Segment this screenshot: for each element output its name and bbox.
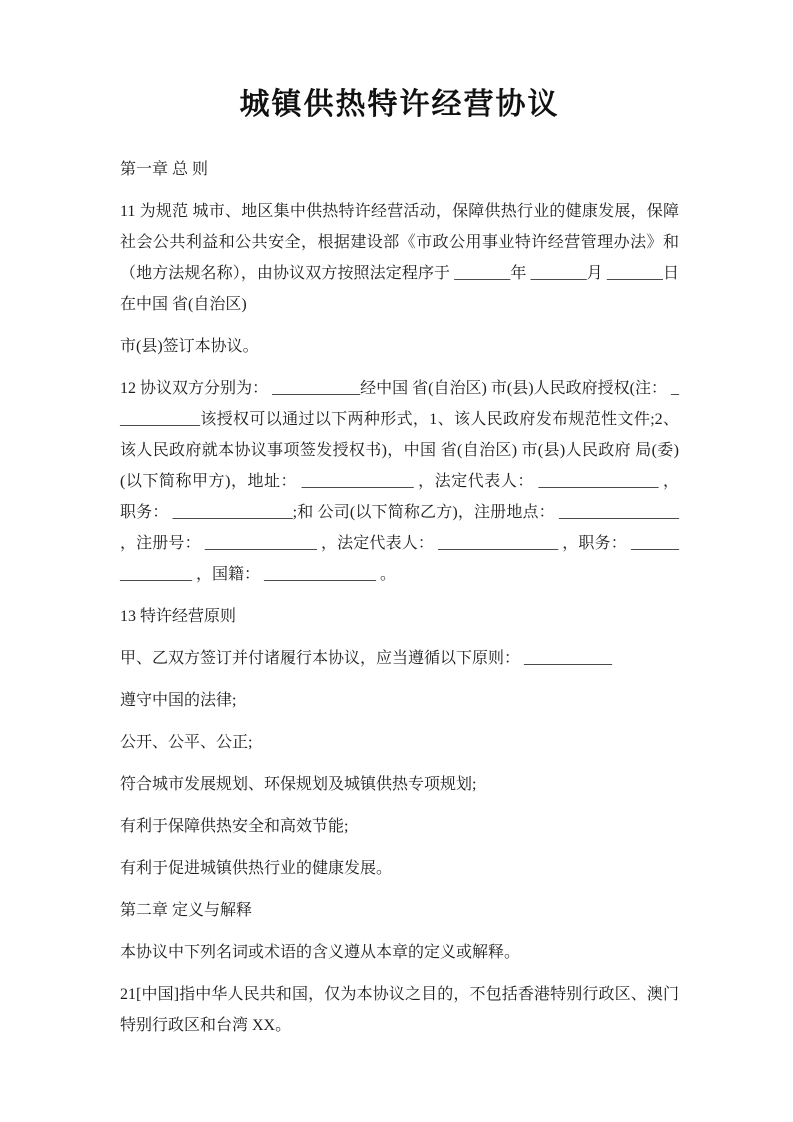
paragraph: 第二章 定义与解释 xyxy=(120,895,679,926)
paragraph: 有利于促进城镇供热行业的健康发展。 xyxy=(120,853,679,884)
paragraph: 21[中国]指中华人民共和国，仅为本协议之目的，不包括香港特别行政区、澳门特别行… xyxy=(120,979,679,1041)
paragraph: 符合城市发展规划、环保规划及城镇供热专项规划; xyxy=(120,769,679,800)
document-title: 城镇供热特许经营协议 xyxy=(120,86,679,124)
paragraph: 有利于保障供热安全和高效节能; xyxy=(120,811,679,842)
document-page: 城镇供热特许经营协议 第一章 总 则11 为规范 城市、地区集中供热特许经营活动… xyxy=(0,0,793,1122)
paragraph: 遵守中国的法律; xyxy=(120,685,679,716)
paragraph: 本协议中下列名词或术语的含义遵从本章的定义或解释。 xyxy=(120,937,679,968)
document-body: 第一章 总 则11 为规范 城市、地区集中供热特许经营活动，保障供热行业的健康发… xyxy=(120,154,679,1041)
paragraph: 市(县)签订本协议。 xyxy=(120,331,679,362)
paragraph: 12 协议双方分别为： ___________经中国 省(自治区) 市(县)人民… xyxy=(120,373,679,590)
paragraph: 甲、乙双方签订并付诸履行本协议，应当遵循以下原则： ___________ xyxy=(120,643,679,674)
paragraph: 公开、公平、公正; xyxy=(120,727,679,758)
paragraph: 第一章 总 则 xyxy=(120,154,679,185)
paragraph: 11 为规范 城市、地区集中供热特许经营活动，保障供热行业的健康发展，保障社会公… xyxy=(120,196,679,320)
paragraph: 13 特许经营原则 xyxy=(120,601,679,632)
